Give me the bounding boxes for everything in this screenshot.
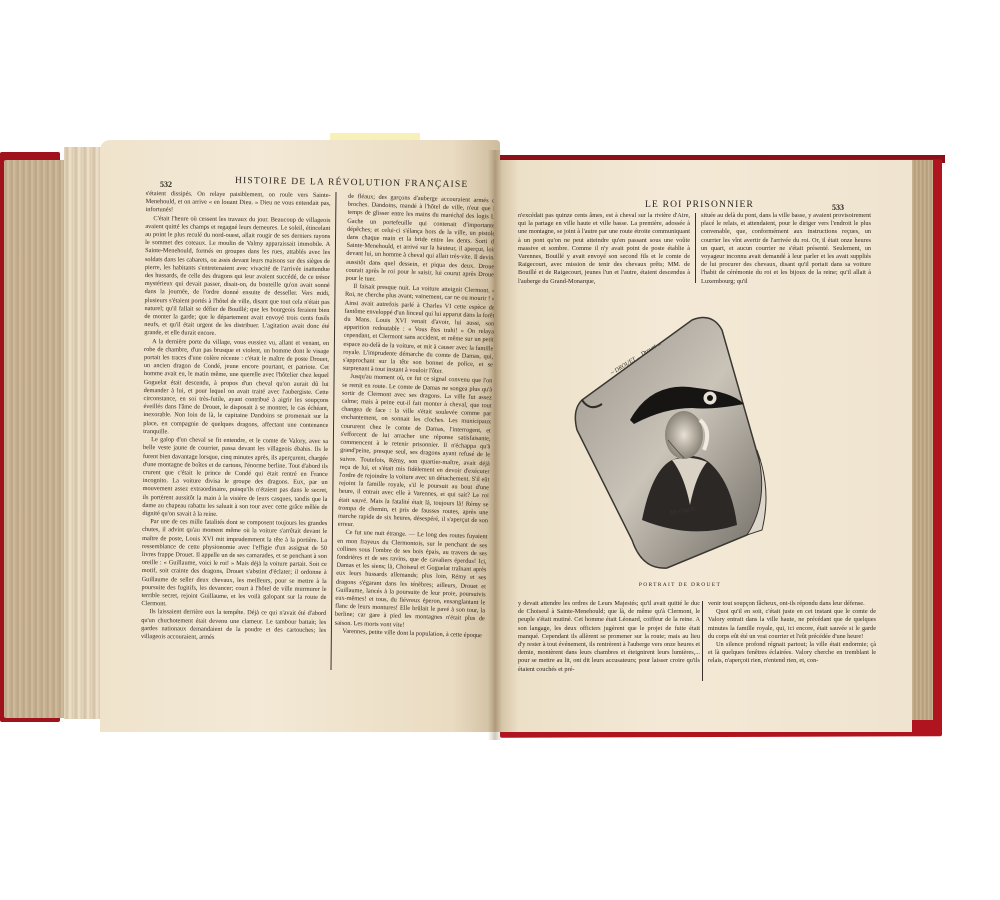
paragraph: située au delà du pont, dans la ville ba…	[701, 212, 871, 286]
paragraph: de fléaux; des garçons d'auberge accoura…	[345, 193, 498, 288]
book-gutter-shadow	[488, 150, 502, 740]
portrait-of-drouet-engraving: ~ DROUET ... Drouet ... Myrbach	[572, 300, 772, 570]
paragraph: Jusqu'au moment où, ce fut ce signal con…	[338, 373, 493, 533]
right-page-number: 533	[832, 203, 844, 212]
paragraph: s'étaient dissipés. On relaye paisibleme…	[145, 190, 330, 217]
paragraph: C'était l'heure où cessent les travaux d…	[144, 215, 330, 340]
right-page-bottom-column-1: y devait attendre les ordres de Leurs Ma…	[518, 600, 700, 682]
open-book: 532 HISTOIRE DE LA RÉVOLUTION FRANÇAISE …	[0, 0, 1000, 900]
right-page-top-column-1: n'excédait pas quinze cents âmes, est à …	[518, 212, 690, 286]
paragraph: venir tout soupçon fâcheux, ont-ils répo…	[708, 600, 876, 608]
column-divider	[695, 213, 696, 283]
right-page-bottom-column-2: venir tout soupçon fâcheux, ont-ils répo…	[708, 600, 876, 682]
paragraph: Quoi qu'il en soit, c'était juste en cet…	[708, 608, 876, 641]
right-page-top-column-2: située au delà du pont, dans la ville ba…	[701, 212, 871, 286]
paragraph: y devait attendre les ordres de Leurs Ma…	[518, 600, 700, 674]
illustration-caption: PORTRAIT DE DROUET	[600, 582, 760, 588]
left-page-column-2: de fléaux; des garçons d'auberge accoura…	[332, 193, 498, 717]
paragraph: Ils laissaient derrière eux la tempête. …	[141, 608, 326, 643]
portrait-illustration: ~ DROUET ... Drouet ... Myrbach	[572, 300, 772, 570]
paragraph: Il faisait presque nuit. La voiture atte…	[343, 283, 496, 378]
right-running-head: LE ROI PRISONNIER	[645, 200, 754, 210]
paragraph: Par une de ces mille fatalités dont se c…	[141, 518, 327, 610]
paragraph: Un silence profond régnait partout; la v…	[708, 641, 876, 666]
column-divider	[702, 601, 703, 681]
left-page-column-1: s'étaient dissipés. On relaye paisibleme…	[140, 190, 330, 712]
left-page-number: 532	[160, 180, 172, 189]
paragraph: Ce fut une nuit étrange. — Le long des r…	[335, 529, 488, 632]
paragraph: Le galop d'un cheval se fit entendre, et…	[142, 436, 328, 520]
paragraph: A la dernière porte du village, vous eus…	[143, 338, 329, 438]
paragraph: n'excédait pas quinze cents âmes, est à …	[518, 212, 690, 286]
